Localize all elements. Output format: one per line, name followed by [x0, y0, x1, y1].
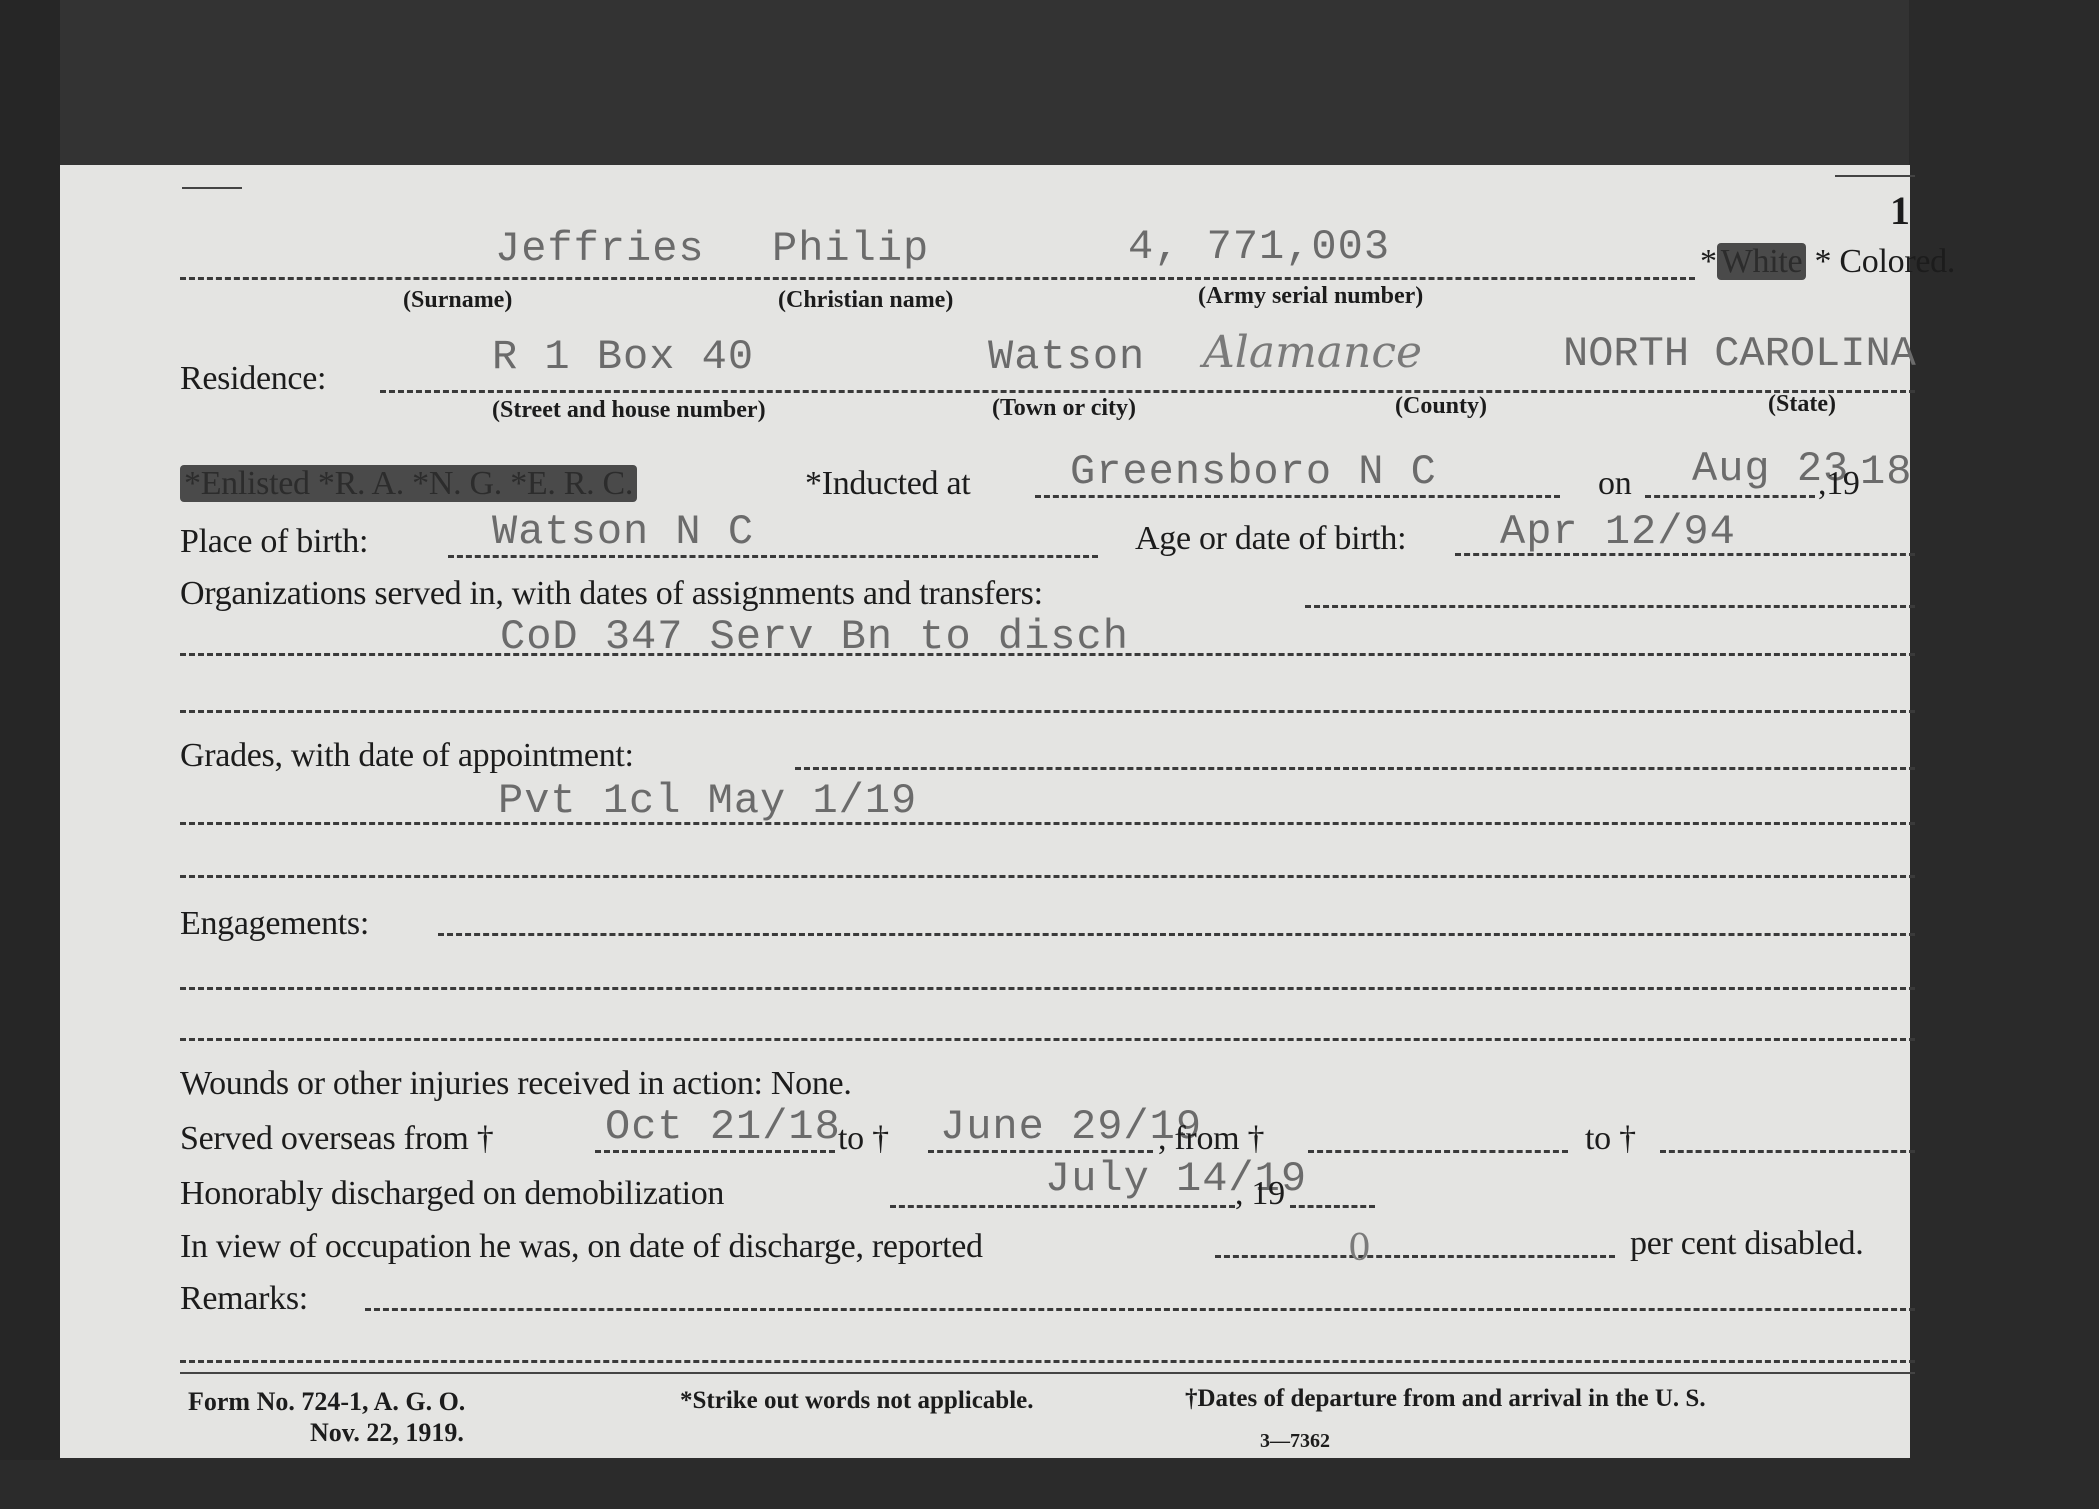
strike-note: *Strike out words not applicable. — [680, 1387, 1034, 1415]
disability-value: 0 — [1348, 1228, 1371, 1269]
organizations-line-3 — [180, 710, 1915, 713]
year-prefix: ,19 — [1818, 465, 1860, 503]
race-options: *White * Colored. — [1700, 243, 1955, 281]
surname-value: Jeffries — [495, 225, 705, 273]
street-value: R 1 Box 40 — [492, 333, 754, 381]
grades-line-3 — [180, 875, 1915, 878]
remarks-line-1 — [365, 1308, 1915, 1311]
date-of-birth-value: Apr 12/94 — [1500, 508, 1736, 556]
overseas-to-label: to † — [838, 1120, 889, 1158]
inducted-at-value: Greensboro N C — [1070, 448, 1437, 496]
overseas-from2-line — [1308, 1150, 1568, 1153]
residence-label: Residence: — [180, 360, 326, 398]
place-of-birth-line — [448, 555, 1098, 558]
overseas-to-line — [928, 1150, 1153, 1153]
discharge-label: Honorably discharged on demobilization — [180, 1175, 724, 1213]
serial-number-value: 4, 771,003 — [1128, 223, 1390, 271]
wounds-value: None. — [771, 1065, 852, 1102]
organizations-line-2 — [180, 653, 1915, 656]
town-caption: (Town or city) — [992, 395, 1136, 422]
date-of-birth-label: Age or date of birth: — [1135, 520, 1406, 558]
grades-line-1 — [795, 767, 1915, 770]
overseas-from-value: Oct 21/18 — [605, 1103, 841, 1151]
race-colored: Colored. — [1839, 243, 1955, 280]
form-date: Nov. 22, 1919. — [310, 1418, 464, 1448]
overseas-from2-label: , from † — [1158, 1120, 1264, 1158]
christian-caption: (Christian name) — [778, 287, 953, 314]
town-value: Watson — [988, 333, 1145, 381]
county-caption: (County) — [1395, 393, 1487, 420]
background-bottom — [0, 1460, 2099, 1509]
state-caption: (State) — [1768, 391, 1836, 418]
surname-caption: (Surname) — [403, 287, 512, 314]
organizations-line-1 — [1305, 605, 1915, 608]
form-number: Form No. 724-1, A. G. O. — [188, 1387, 465, 1417]
page-number: 1 — [1890, 187, 1910, 234]
place-of-birth-value: Watson N C — [492, 508, 754, 556]
grades-line-2 — [180, 822, 1915, 825]
engagements-line-3 — [180, 1038, 1915, 1041]
county-value: Alamance — [1203, 327, 1422, 378]
organizations-label: Organizations served in, with dates of a… — [180, 575, 1043, 613]
disability-line — [1215, 1255, 1615, 1258]
discharge-line — [890, 1205, 1235, 1208]
wounds-label: Wounds or other injuries received in act… — [180, 1065, 852, 1103]
discharge-year-suffix: , 19 — [1235, 1175, 1285, 1213]
inducted-date-line — [1645, 495, 1815, 498]
serial-caption: (Army serial number) — [1198, 283, 1423, 310]
corner-mark-right — [1835, 175, 1915, 177]
overseas-to2-label: to † — [1585, 1120, 1636, 1158]
grade-entry: Pvt 1cl May 1/19 — [498, 777, 917, 825]
name-line — [180, 277, 1695, 280]
overseas-label: Served overseas from † — [180, 1120, 493, 1158]
disability-suffix: per cent disabled. — [1630, 1225, 1863, 1263]
background-left — [0, 0, 60, 1509]
remarks-line-2 — [180, 1360, 1915, 1363]
engagements-label: Engagements: — [180, 905, 369, 943]
corner-mark-left — [182, 187, 242, 189]
street-caption: (Street and house number) — [492, 397, 766, 424]
race-white-struck: White — [1717, 243, 1807, 280]
discharge-year-line — [1290, 1205, 1375, 1208]
place-of-birth-label: Place of birth: — [180, 523, 368, 561]
inducted-year-value: 18 — [1860, 448, 1912, 496]
date-of-birth-line — [1455, 553, 1915, 556]
footer-rule — [180, 1372, 1915, 1374]
engagements-line-2 — [180, 987, 1915, 990]
state-value: NORTH CAROLINA — [1563, 330, 1916, 378]
residence-line — [380, 390, 1915, 393]
overseas-to2-line — [1660, 1150, 1915, 1153]
inducted-label: *Inducted at — [805, 465, 970, 503]
disability-label: In view of occupation he was, on date of… — [180, 1228, 983, 1266]
overseas-from-line — [595, 1150, 835, 1153]
on-label: on — [1598, 465, 1631, 503]
grades-label: Grades, with date of appointment: — [180, 737, 634, 775]
dagger-note: †Dates of departure from and arrival in … — [1185, 1385, 1706, 1413]
christian-name-value: Philip — [772, 225, 929, 273]
remarks-label: Remarks: — [180, 1280, 308, 1318]
background-top — [0, 0, 2099, 165]
engagements-line-1 — [438, 933, 1915, 936]
print-code: 3—7362 — [1260, 1430, 1330, 1453]
inducted-line — [1035, 495, 1560, 498]
service-record-card: 1 Jeffries Philip 4, 771,003 *White * Co… — [60, 165, 1910, 1458]
background-right — [1909, 0, 2099, 1509]
service-type-struck: *Enlisted *R. A. *N. G. *E. R. C. — [180, 465, 637, 503]
